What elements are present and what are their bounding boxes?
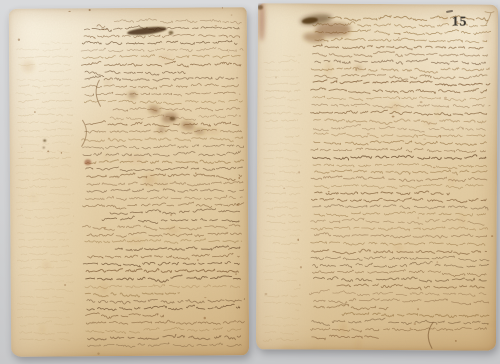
handwriting-right-page: [256, 3, 498, 350]
handwriting-left-page: [9, 7, 249, 357]
left-page: [9, 7, 249, 357]
manuscript-photo: 15: [0, 0, 500, 364]
right-page: 15: [256, 3, 498, 350]
page-number-stamp: 15: [452, 13, 468, 29]
